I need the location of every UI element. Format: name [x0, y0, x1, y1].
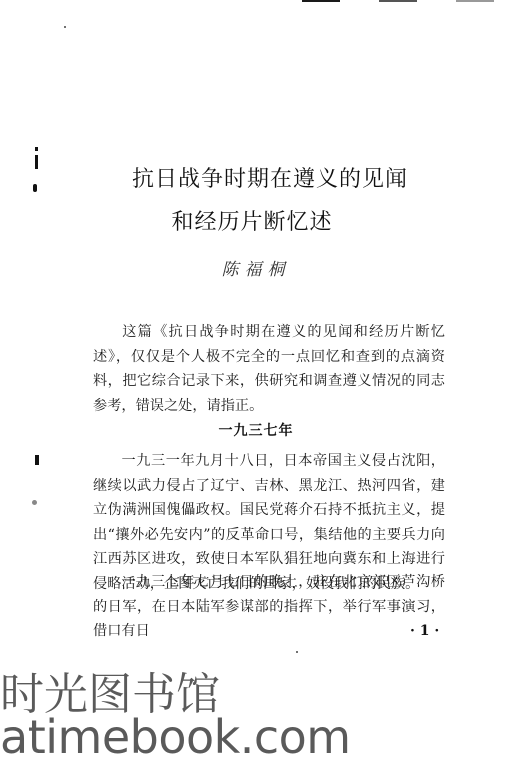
document-author: 陈福桐: [0, 255, 512, 280]
document-title-line-2: 和经历片断忆述: [0, 205, 508, 236]
page-number: · 1 ·: [410, 623, 439, 639]
scan-speck: [296, 651, 298, 653]
scan-edge-bar-1: [302, 0, 340, 2]
body-paragraph-2-text: 一九三七年七月七日的晚上，驻在北京郊区芦沟桥的日军，在日本陆军参谋部的指挥下，举…: [93, 574, 445, 639]
intro-paragraph-text: 这篇《抗日战争时期在遵义的见闻和经历片断忆述》，仅仅是个人极不完全的一点回忆和查…: [93, 324, 445, 414]
intro-paragraph: 这篇《抗日战争时期在遵义的见闻和经历片断忆述》，仅仅是个人极不完全的一点回忆和查…: [93, 320, 445, 418]
body-paragraph-2: 一九三七年七月七日的晚上，驻在北京郊区芦沟桥的日军，在日本陆军参谋部的指挥下，举…: [93, 570, 445, 644]
section-heading: 一九三七年: [0, 420, 512, 440]
scan-edge-bar-3: [456, 0, 494, 2]
scan-speck: [64, 26, 66, 28]
watermark-url: atimebook.com: [0, 710, 351, 764]
scan-edge-bar-2: [379, 0, 417, 2]
margin-mark: [32, 500, 37, 505]
margin-mark: [35, 455, 39, 465]
document-title-line-1: 抗日战争时期在遵义的见闻: [14, 162, 512, 193]
margin-mark: [35, 147, 38, 151]
